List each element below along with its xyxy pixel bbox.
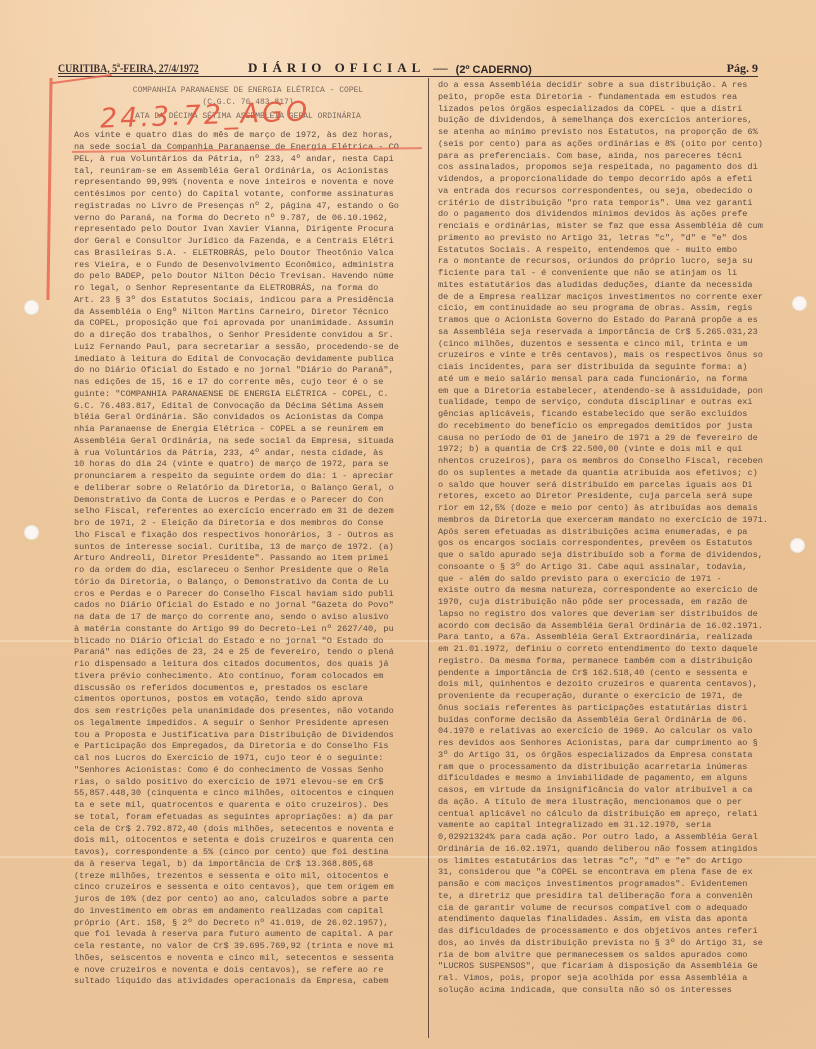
text-line: o saldo que houver será distribuído em p…: [438, 480, 776, 492]
text-line: os legalmente impedidos. A seguir o Senh…: [74, 718, 422, 730]
text-line: buídas conforme decisão da Assembléia Ge…: [438, 715, 776, 727]
text-line: 1972; b) a quantia de Cr$ 22.500,00 (vin…: [438, 444, 776, 456]
text-line: ro da ordem do dia, esclareceu o Senhor …: [74, 565, 422, 577]
text-line: 31, considerou que "a COPEL se encontrav…: [438, 867, 776, 879]
text-line: pronunciarem a respeito da seguinte orde…: [74, 471, 422, 483]
text-line: bléia Geral Ordinária. São convidados os…: [74, 412, 422, 424]
text-line: Para tanto, a 67a. Assembléia Geral Extr…: [438, 632, 776, 644]
text-line: ro legal, o Senhor Representante da ELET…: [74, 283, 422, 295]
text-line: lapso no registro dos valores que deveri…: [438, 609, 776, 621]
page-number: Pág. 9: [727, 61, 758, 76]
text-line: Estatutos Sociais. A respeito, entendemo…: [438, 245, 776, 257]
text-line: consoante o § 3º do Artigo 31. Cabe aqui…: [438, 562, 776, 574]
text-line: da COPEL, proposição que foi aprovada po…: [74, 318, 422, 330]
column-divider: [428, 78, 429, 1038]
text-line: existe outro da mesma natureza, correspo…: [438, 585, 776, 597]
text-line: do no Diário Oficial do Estado e no jorn…: [74, 365, 422, 377]
text-line: vamente ao capital integralizado em 31.1…: [438, 820, 776, 832]
text-line: casos, em virtude da insignificância do …: [438, 785, 776, 797]
text-line: ônus sociais referentes às participações…: [438, 703, 776, 715]
text-line: dos, ao invés da distribuição prevista n…: [438, 938, 776, 950]
text-line: pendente a importância de Cr$ 162.518,40…: [438, 668, 776, 680]
text-line: em que a Diretoria estabelecer, atendend…: [438, 386, 776, 398]
text-line: dor Geral e Consultor Jurídico da Fazend…: [74, 236, 422, 248]
text-line: que - além do saldo previsto para o exer…: [438, 574, 776, 586]
text-line: gências aplicáveis, ficando estabelecido…: [438, 409, 776, 421]
text-line: cia de garantir volume de recursos compa…: [438, 903, 776, 915]
text-line: sultado líquido das atividades operacion…: [74, 976, 422, 988]
text-line: tramos que o Acionista Governo do Estado…: [438, 315, 776, 327]
text-line: tavos), correspondente a 5% (cinco por c…: [74, 847, 422, 859]
text-line: selho Fiscal, referentes ao exercício en…: [74, 506, 422, 518]
text-line: buição de dividendos, à semelhança dos e…: [438, 115, 776, 127]
text-line: 04.1970 e relativas ao exercício de 1969…: [438, 726, 776, 738]
text-line: nas edições de 15, 16 e 17 do corrente m…: [74, 377, 422, 389]
text-line: tivera prévio conhecimento. Ato contínuo…: [74, 671, 422, 683]
text-line: te, a diretriz que presidira tal deliber…: [438, 891, 776, 903]
punch-hole: [24, 525, 39, 540]
text-line: "LUCROS SUSPENSOS", que ficariam à dispo…: [438, 961, 776, 973]
text-line: registro. Da mesma forma, permanece tamb…: [438, 656, 776, 668]
text-line: 1970, cuja distribuição não pôde ser pro…: [438, 597, 776, 609]
text-line: ral. Vimos, pois, propor seja acolhida p…: [438, 973, 776, 985]
text-line: próprio (Art. 158, § 2º do Decreto nº 41…: [74, 918, 422, 930]
text-line: "Senhores Acionistas: Como é do conhecim…: [74, 765, 422, 777]
text-line: centual aplicável no cálculo da distribu…: [438, 809, 776, 821]
text-line: peito, propõe esta Diretoria - fundament…: [438, 92, 776, 104]
text-line: Luiz Fernando Paul, para secretariar a s…: [74, 342, 422, 354]
newspaper-page: CURITIBA, 5ª-FEIRA, 27/4/1972 DIÁRIO OFI…: [0, 0, 816, 1049]
text-line: e deliberar sobre o Relatório da Diretor…: [74, 483, 422, 495]
text-line: cas Brasileiras S.A. - ELETROBRÁS, pelo …: [74, 248, 422, 260]
text-line: ra o montante de recursos, oriundos do p…: [438, 256, 776, 268]
text-line: dos sem restrições pela unanimidade dos …: [74, 706, 422, 718]
text-line: ficiente para tal - é conveniente que nã…: [438, 268, 776, 280]
text-line: lizados pelos órgãos especializados da C…: [438, 104, 776, 116]
text-line: sa Assembléia seja reservada a importânc…: [438, 327, 776, 339]
text-line: dois mil, quinhentos e dezoito cruzeiros…: [438, 679, 776, 691]
text-line: do pelo BADEP, pelo Doutor Nilton Décio …: [74, 271, 422, 283]
text-line: videndos, a proporcionalidade do tempo d…: [438, 174, 776, 186]
masthead-date: CURITIBA, 5ª-FEIRA, 27/4/1972: [58, 61, 214, 76]
text-line: solução acima indicada, que consulta não…: [438, 985, 776, 997]
text-line: Arturo Andreoli, Diretor Presidente". Pa…: [74, 553, 422, 565]
text-line: os limites estatutários das letras "c", …: [438, 856, 776, 868]
text-line: dificuldades e mesmo a inviabilidade de …: [438, 773, 776, 785]
text-line: G.C. 76.483.817, Edital de Convocação da…: [74, 401, 422, 413]
text-line: juros de 10% (dez por cento) ao ano, cal…: [74, 894, 422, 906]
text-line: proveniente da recuperação, durante o ex…: [438, 691, 776, 703]
left-column-body: Aos vinte e quatro dias do mês de março …: [74, 130, 422, 988]
text-line: primento ao previsto no Artigo 31, letra…: [438, 233, 776, 245]
punch-hole: [792, 296, 807, 311]
text-line: representando 99,99% (noventa e nove int…: [74, 177, 422, 189]
text-line: e nove cruzeiros e noventa e dois centav…: [74, 965, 422, 977]
text-line: do recebimento do benefício os empregado…: [438, 421, 776, 433]
text-line: Demonstrativo da Conta de Lucros e Perda…: [74, 495, 422, 507]
text-line: va entrada dos recursos correspondentes,…: [438, 186, 776, 198]
text-line: gos os encargos sociais correspondentes,…: [438, 538, 776, 550]
text-line: retores, exceto ao Diretor Presidente, c…: [438, 491, 776, 503]
text-line: cados no Diário Oficial do Estado e no j…: [74, 600, 422, 612]
text-line: ta e sete mil, quatrocentos e quarenta e…: [74, 800, 422, 812]
text-line: dois mil, oitocentos e setenta e dois cr…: [74, 835, 422, 847]
text-line: discussão os referidos documentos e, pre…: [74, 683, 422, 695]
text-line: renciais e ordinárias, mister se faz que…: [438, 221, 776, 233]
text-line: rior em 12,5% (doze e meio por cento) às…: [438, 503, 776, 515]
text-line: do a essa Assembléia decidir sobre a sua…: [438, 80, 776, 92]
text-line: Paraná" nas edições de 23, 24 e 25 de fe…: [74, 647, 422, 659]
text-line: centésimos por cento) do Capital votante…: [74, 189, 422, 201]
text-line: cos assinalados, propomos seja respeitad…: [438, 162, 776, 174]
text-line: das dificuldades de processamento e dos …: [438, 926, 776, 938]
text-line: (cinco milhões, duzentos e sessenta e ci…: [438, 339, 776, 351]
text-line: na data de 17 de março do corrente ano, …: [74, 612, 422, 624]
text-line: até um e meio salário mensal para cada f…: [438, 374, 776, 386]
text-line: para as preferenciais. Com base, ainda, …: [438, 151, 776, 163]
text-line: registradas no Livro de Presenças nº 2, …: [74, 201, 422, 213]
text-line: critério de distribuição "pro rata tempo…: [438, 198, 776, 210]
masthead-section: (2º CADERNO): [456, 64, 532, 76]
text-line: bro de 1971, 2 - Eleição da Diretoria e …: [74, 518, 422, 530]
text-line: Assembléia Geral Ordinária, na sede soci…: [74, 436, 422, 448]
text-line: cela restante, no valor de Cr$ 39.695.76…: [74, 941, 422, 953]
text-line: tualidade, tempo de serviço, conduta dis…: [438, 397, 776, 409]
text-line: tório da Diretoria, o Balanço, o Demonst…: [74, 577, 422, 589]
text-line: membros da Diretoria que exerceram manda…: [438, 515, 776, 527]
text-line: do o pagamento dos dividendos mínimos de…: [438, 209, 776, 221]
text-line: à rua Voluntários da Pátria, 233, 4º and…: [74, 448, 422, 460]
text-line: lhões, seiscentos e noventa e cinco mil,…: [74, 953, 422, 965]
text-line: que o saldo apurado seja distribuído sob…: [438, 550, 776, 562]
text-line: lho Fiscal e fixação dos respectivos hon…: [74, 530, 422, 542]
text-line: verno do Paraná, na forma do Decreto nº …: [74, 213, 422, 225]
text-line: blicado no Diário Oficial do Estado e no…: [74, 636, 422, 648]
text-line: se total, foram efetuadas as seguintes a…: [74, 812, 422, 824]
masthead: CURITIBA, 5ª-FEIRA, 27/4/1972 DIÁRIO OFI…: [58, 56, 758, 77]
text-line: representado pelo Doutor Ivan Xavier Via…: [74, 224, 422, 236]
text-line: rias, o saldo positivo do exercício de 1…: [74, 777, 422, 789]
text-line: atendimento daquelas finalidades. Assim,…: [438, 914, 776, 926]
red-margin-line: [46, 78, 52, 300]
text-line: cros e Perdas e o Parecer do Conselho Fi…: [74, 589, 422, 601]
text-line: acordo com decisão da Assembléia Geral O…: [438, 621, 776, 633]
text-line: do a direção dos trabalhos, o Senhor Pre…: [74, 330, 422, 342]
text-line: cal nos Lucros do Exercício de 1971, cuj…: [74, 753, 422, 765]
text-line: (seis por cento) para as ações ordinária…: [438, 139, 776, 151]
masthead-dash: ——: [433, 62, 447, 76]
text-line: da à reserva legal, b) da importância de…: [74, 859, 422, 871]
text-line: cela de Cr$ 2.792.872,40 (dois milhões, …: [74, 824, 422, 836]
text-line: da Assembléia o Engº Nilton Martins Carn…: [74, 307, 422, 319]
text-line: ciais incidentes, para ser distribuída d…: [438, 362, 776, 374]
text-line: mites estatutários das aludidas deduções…: [438, 280, 776, 292]
text-line: do investimento em obras em andamento re…: [74, 906, 422, 918]
text-line: e Participação dos Empregados, da Direto…: [74, 741, 422, 753]
text-line: res devidos aos Senhores Acionistas, par…: [438, 738, 776, 750]
text-line: do os suplentes a metade da quantia atri…: [438, 468, 776, 480]
text-line: tou a Proposta e Justificativa para Dist…: [74, 730, 422, 742]
right-column: do a essa Assembléia decidir sobre a sua…: [438, 80, 776, 997]
masthead-title: DIÁRIO OFICIAL: [248, 60, 425, 76]
text-line: causa no período de 01 de janeiro de 197…: [438, 433, 776, 445]
text-line: Após serem efetuadas as distribuições ac…: [438, 527, 776, 539]
text-line: cimentos oportunos, postos em votação, t…: [74, 694, 422, 706]
text-line: PEL, à rua Voluntários da Pátria, nº 233…: [74, 154, 422, 166]
punch-hole: [24, 300, 39, 315]
text-line: cruzeiros e vinte e três centavos), mais…: [438, 350, 776, 362]
text-line: 10 horas do dia 24 (vinte e quatro) de m…: [74, 459, 422, 471]
text-line: que foi levada à reserva para futuro aum…: [74, 929, 422, 941]
text-line: 0,02921324% para cada ação. Por outro la…: [438, 832, 776, 844]
text-line: à matéria constante do Artigo 99 do Decr…: [74, 624, 422, 636]
text-line: cinco cruzeiros e sessenta e oito centav…: [74, 882, 422, 894]
right-column-body: do a essa Assembléia decidir sobre a sua…: [438, 80, 776, 997]
text-line: nhia Paranaense de Energia Elétrica - CO…: [74, 424, 422, 436]
text-line: nhentos cruzeiros), para os membros do C…: [438, 456, 776, 468]
text-line: da ação. A título de mera ilustração, me…: [438, 797, 776, 809]
text-line: se atenha ao mínimo previsto nos Estatut…: [438, 127, 776, 139]
text-line: 55,857.448,30 (cinquenta e cinco milhões…: [74, 788, 422, 800]
text-line: ram que o processamento da distribuição …: [438, 762, 776, 774]
text-line: imediato à leitura do Edital de Convocaç…: [74, 354, 422, 366]
text-line: 3º do Artigo 31, os órgãos especializado…: [438, 750, 776, 762]
text-line: cício, em continuidade ao seu programa d…: [438, 303, 776, 315]
text-line: Art. 23 § 3º dos Estatutos Sociais, indi…: [74, 295, 422, 307]
company-heading: COMPANHIA PARANAENSE DE ENERGIA ELÉTRICA…: [74, 85, 422, 97]
text-line: pansão e com maciços investimentos progr…: [438, 879, 776, 891]
text-line: em 21.01.1972, definiu o correto entendi…: [438, 644, 776, 656]
text-line: guinte: "COMPANHIA PARANAENSE DE ENERGIA…: [74, 389, 422, 401]
text-line: de de a Empresa realizar maciços investi…: [438, 292, 776, 304]
text-line: Ordinária de 16.02.1971, quando delibero…: [438, 844, 776, 856]
text-line: suntos de interesse social. Curitiba, 13…: [74, 542, 422, 554]
text-line: ria de bom alvitre que permanecessem os …: [438, 950, 776, 962]
text-line: rio dispensado a leitura dos citados doc…: [74, 659, 422, 671]
punch-hole: [790, 538, 805, 553]
text-line: tal, reuniram-se em Assembléia Geral Ord…: [74, 166, 422, 178]
text-line: (treze milhões, trezentos e sessenta e o…: [74, 871, 422, 883]
left-column: COMPANHIA PARANAENSE DE ENERGIA ELÉTRICA…: [74, 79, 422, 988]
text-line: res Vieira, e o Fundo de Desenvolvimento…: [74, 260, 422, 272]
